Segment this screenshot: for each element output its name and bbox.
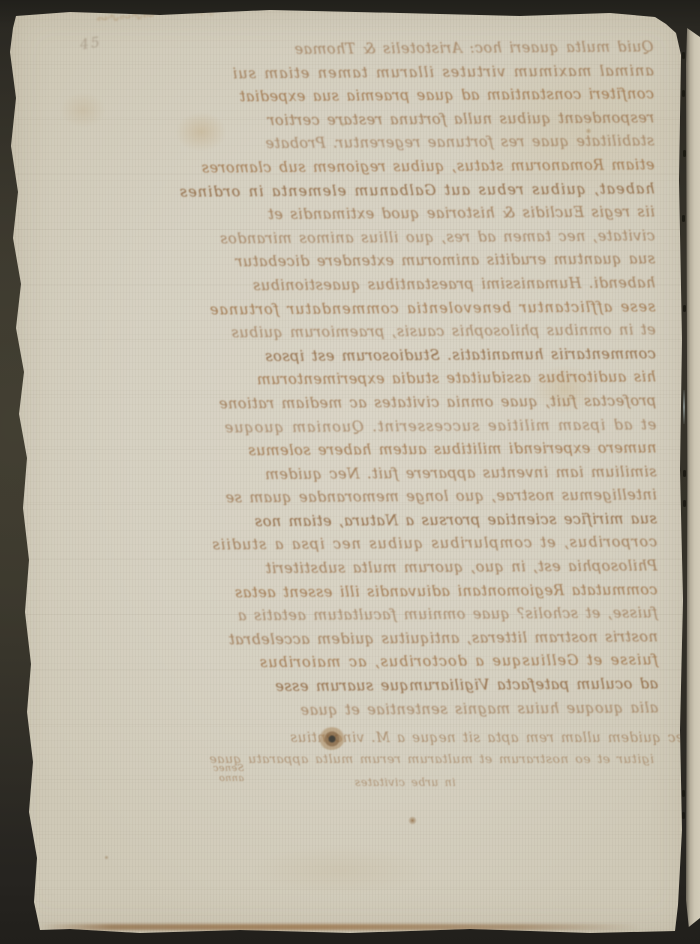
bleedthrough-text-block: Quid multa quaeri hoc: Aristotelis & Tho… <box>208 36 659 735</box>
bleed-line: nostris nostram litteras, antiquitus qui… <box>212 626 658 653</box>
adjacent-page-edge <box>686 28 700 927</box>
bleed-line: sua quantum eruditis animorum extendere … <box>209 249 655 276</box>
bleed-line: profectas fuit, quae omnia civitates ac … <box>210 390 656 417</box>
bleed-line: sese afflictantur benevolentia commendat… <box>209 296 655 323</box>
binding-stitch <box>682 790 685 797</box>
bleed-line: fuisse et Gelliusque a doctoribus, ac ma… <box>212 650 658 677</box>
bleed-line: commentariis humanitatis. Studiosorum es… <box>210 343 656 370</box>
bleed-line: similium iam inventus apparere fuit. Nec… <box>211 461 657 488</box>
bleed-line: sua mirifice scientiae prorsus a Natura,… <box>211 508 657 535</box>
bleed-line: fuisse, et scholis? quae omnium facultat… <box>212 603 658 630</box>
bleed-line-with-blot: nec quidem ullam rem apta sit neque a M.… <box>228 730 693 746</box>
bleed-line: etiam Romanorum status, quibus regionem … <box>208 154 654 181</box>
fox-spot <box>104 855 109 860</box>
binding-thread <box>683 390 685 424</box>
binding-stitch <box>682 90 685 97</box>
fox-spot <box>408 816 417 825</box>
stain <box>250 845 430 895</box>
bleed-line-marginal: Senec anno <box>184 764 244 784</box>
bleed-line: Philosophia est, in quo, quorum multa su… <box>211 556 657 583</box>
binding-stitch <box>683 305 686 312</box>
bleed-line: Quid multa quaeri hoc: Aristotelis & Tho… <box>208 36 654 63</box>
fox-spot <box>340 122 346 127</box>
folio-number-smudge: 45 <box>79 35 103 54</box>
bleed-line: confiteri constantiam ad quae praemia su… <box>208 84 654 111</box>
bleed-line: numero experiendi militibus autem habere… <box>210 438 656 465</box>
bleed-line: commutata Regiomontani adiuvandis illi e… <box>211 579 657 606</box>
bleed-line: corporibus, et compluribus quibus nec ip… <box>211 532 657 559</box>
bleed-line: alia quoque huius magnis sententiae et q… <box>212 697 658 724</box>
bleed-line: habeat, quibus rebus aut Galbanum elemen… <box>209 178 655 205</box>
scanner-background: ∾∿∾∿∾ ∿∿ 45 Quid multa quaeri hoc: Arist… <box>0 0 700 944</box>
binding-stitch <box>683 470 686 477</box>
page-bottom-edge <box>40 924 640 930</box>
offset-ink-scribble-small: ∿∿ <box>196 6 215 20</box>
bleed-line-wide: igitur et eo nostrarum et multarum rerum… <box>186 751 654 766</box>
bleed-line-centered: in urbe civitates <box>340 776 470 789</box>
bleed-line: his auditoribus assiduitate studia exper… <box>210 367 656 394</box>
offset-ink-scribble: ∾∿∾∿∾ <box>96 8 155 26</box>
binding-stitch <box>683 150 686 157</box>
bleed-line: civitate, nec tamen ad res, quo illius a… <box>209 225 655 252</box>
bleed-line: animal maximum virtutes illarum tamen et… <box>208 60 654 87</box>
binding-stitch <box>682 812 685 819</box>
ink-blot <box>318 727 345 750</box>
bleed-line: iis regis Euclidis & historiae quod exti… <box>209 202 655 229</box>
bleed-line: et ad ipsam militiae successerint. Quoni… <box>210 414 656 441</box>
binding-stitch <box>682 215 685 222</box>
fox-spot <box>585 128 592 134</box>
bleed-line: stabilitate quae res fortunae regerentur… <box>208 131 654 158</box>
binding-stitch <box>682 52 685 59</box>
stain <box>60 92 106 128</box>
binding-stitch <box>683 500 686 507</box>
bleed-line: et in omnibus philosophis causis, praemi… <box>210 320 656 347</box>
bleed-line: ad oculum patefacta Vigiliarumque suarum… <box>212 673 658 700</box>
bleed-line: habendi. Humanissimi praestantibus quaes… <box>209 272 655 299</box>
manuscript-page: ∾∿∾∿∾ ∿∿ 45 Quid multa quaeri hoc: Arist… <box>0 0 700 944</box>
bleed-line: intelligemus nostrae, quo longe memorand… <box>211 485 657 512</box>
